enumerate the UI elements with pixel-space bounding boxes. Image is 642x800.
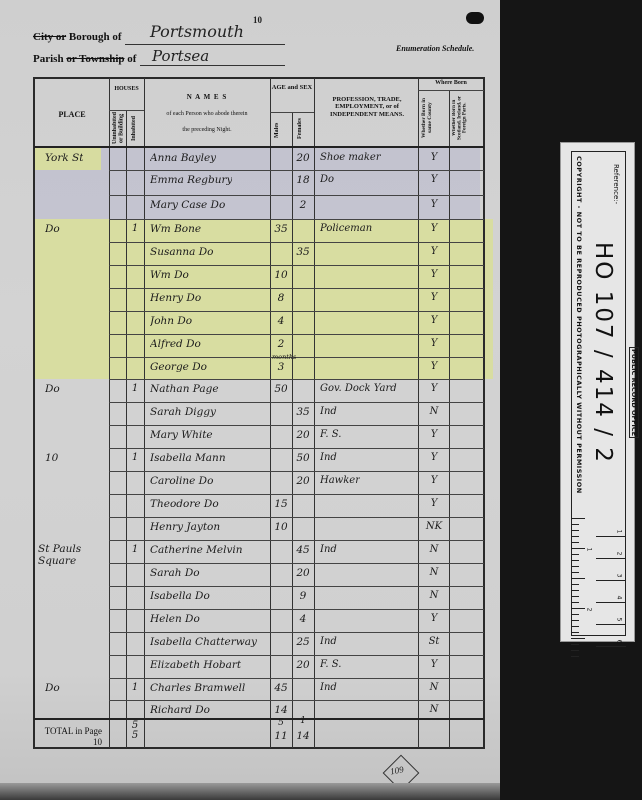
ruler-tick <box>571 524 579 525</box>
profession-cell: Ind <box>320 636 337 647</box>
ruler-cm-line <box>596 536 626 537</box>
place-cell: York St <box>45 152 83 164</box>
profession-cell: Hawker <box>320 475 360 486</box>
ruler-tick <box>571 608 585 609</box>
col-header-names-sub2: the preceding Night. <box>144 127 270 134</box>
born-county-cell: Y <box>419 429 449 440</box>
age-unit-note: months <box>272 353 296 361</box>
female-age-cell: 35 <box>292 406 314 418</box>
col-line-place <box>109 78 110 748</box>
name-cell: Henry Jayton <box>150 521 220 533</box>
row-divider <box>109 334 484 335</box>
row-divider <box>109 678 484 679</box>
row-divider <box>109 402 484 403</box>
ruler-tick <box>571 560 579 561</box>
col-header-profession: PROFESSION, TRADE, EMPLOYMENT, or of IND… <box>318 96 416 118</box>
ruler-tick <box>571 584 579 585</box>
place-cell: Do <box>45 223 60 235</box>
parish-value: Portsea <box>152 47 209 65</box>
city-value: Portsmouth <box>150 22 244 41</box>
ruler-tick <box>571 638 585 639</box>
col-header-same-county: Whether Born in same County <box>422 92 446 144</box>
census-page: City or Borough of Portsmouth 10 Parish … <box>0 0 500 790</box>
born-county-cell: N <box>419 567 449 578</box>
row-divider <box>109 242 484 243</box>
born-county-cell: N <box>419 704 449 715</box>
name-cell: Sarah Do <box>150 567 200 579</box>
profession-cell: Policeman <box>320 223 372 234</box>
born-county-cell: St <box>419 636 449 647</box>
name-cell: Alfred Do <box>150 338 201 350</box>
name-cell: Catherine Melvin <box>150 544 243 556</box>
female-age-cell: 20 <box>292 567 314 579</box>
row-divider <box>109 379 484 380</box>
ruler-tick <box>571 590 579 591</box>
name-cell: Nathan Page <box>150 383 219 395</box>
profession-cell: Ind <box>320 544 337 555</box>
col-header-houses: HOUSES <box>109 86 144 93</box>
born-county-cell: Y <box>419 246 449 257</box>
born-county-cell: Y <box>419 223 449 234</box>
ruler-cm-line <box>596 646 626 647</box>
male-age-cell: 45 <box>270 682 292 694</box>
scan-bottom-edge <box>0 783 510 800</box>
male-age-cell: 3 <box>270 361 292 373</box>
profession-cell: Ind <box>320 406 337 417</box>
ruler-tick <box>571 632 579 633</box>
col-line-houses <box>144 78 145 748</box>
ruler-cm-label: 5 <box>615 618 622 622</box>
name-cell: Helen Do <box>150 613 200 625</box>
ruler-tick <box>571 542 579 543</box>
row-divider <box>109 448 484 449</box>
schedule-title: Enumeration Schedule. <box>396 44 474 53</box>
ruler-cm-label: 4 <box>615 596 622 600</box>
ruler-tick <box>571 530 579 531</box>
profession-cell: Do <box>320 174 334 185</box>
female-age-cell: 18 <box>292 174 314 186</box>
row-divider <box>109 655 484 656</box>
row-divider <box>109 265 484 266</box>
female-age-cell: 20 <box>292 152 314 164</box>
female-age-cell: 20 <box>292 475 314 487</box>
record-office-label: PUBLIC RECORD OFFICE <box>629 347 639 438</box>
name-cell: Wm Bone <box>150 223 201 235</box>
born-county-cell: Y <box>419 315 449 326</box>
totals-top-line <box>34 718 484 720</box>
row-divider <box>109 517 484 518</box>
born-county-cell: Y <box>419 659 449 670</box>
inhabited-cell: 1 <box>128 383 142 394</box>
ruler-tick <box>571 620 579 621</box>
reference-card: Reference:- HO 107 / 414 / 2 COPYRIGHT -… <box>560 142 635 642</box>
city-label-text: Borough of <box>69 31 122 43</box>
ruler-tick <box>571 644 579 645</box>
ruler-tick <box>571 518 585 519</box>
col-header-inhabited: Inhabited <box>131 112 141 144</box>
female-age-cell: 20 <box>292 429 314 441</box>
female-age-cell: 50 <box>292 452 314 464</box>
born-sub-line <box>418 90 484 91</box>
col-header-foreign: Whether Born in Scotland, Ireland, or Fo… <box>452 92 480 144</box>
place-cell: St Pauls Square <box>38 544 106 567</box>
born-county-cell: Y <box>419 361 449 372</box>
male-age-cell: 4 <box>270 315 292 327</box>
reference-label: Reference:- <box>612 164 620 204</box>
ruler-tick <box>571 626 579 627</box>
reference-number: HO 107 / 414 / 2 <box>590 242 616 464</box>
female-age-cell: 35 <box>292 246 314 258</box>
ruler-tick <box>571 572 579 573</box>
inhabited-cell: 1 <box>128 452 142 463</box>
row-divider <box>109 311 484 312</box>
male-age-cell: 15 <box>270 498 292 510</box>
male-age-cell: 14 <box>270 704 292 716</box>
profession-cell: Ind <box>320 682 337 693</box>
total-label: TOTAL in Page 10 <box>44 726 102 748</box>
born-county-cell: NK <box>419 521 449 532</box>
row-divider <box>109 609 484 610</box>
name-cell: John Do <box>150 315 192 327</box>
col-header-place: PLACE <box>35 110 109 119</box>
profession-cell: Ind <box>320 452 337 463</box>
row-divider <box>109 219 484 220</box>
born-county-cell: Y <box>419 475 449 486</box>
place-cell: 10 <box>45 452 58 464</box>
row-divider <box>109 494 484 495</box>
inhabited-cell: 1 <box>128 544 142 555</box>
ink-blot <box>466 12 484 24</box>
born-county-cell: Y <box>419 174 449 185</box>
col-header-names: N A M E S <box>144 93 270 101</box>
female-age-cell: 9 <box>292 590 314 602</box>
place-cell: Do <box>45 682 60 694</box>
male-age-cell: 10 <box>270 521 292 533</box>
row-divider <box>109 563 484 564</box>
name-cell: Charles Bramwell <box>150 682 245 694</box>
name-cell: Isabella Chatterway <box>150 636 257 648</box>
col-line-where-born <box>449 90 450 748</box>
born-county-cell: Y <box>419 452 449 463</box>
male-age-cell: 10 <box>270 269 292 281</box>
ruler-tick <box>571 602 579 603</box>
total-houses: 5 <box>128 730 142 741</box>
ruler-tick <box>571 656 579 657</box>
male-age-cell: 2 <box>270 338 292 350</box>
female-age-cell: 2 <box>292 199 314 211</box>
ruler-tick <box>571 548 585 549</box>
measurement-ruler: 12345612 <box>571 518 626 668</box>
female-age-cell: 4 <box>292 613 314 625</box>
parish-label: Parish or Township of <box>33 53 136 65</box>
female-age-cell: 25 <box>292 636 314 648</box>
name-cell: Emma Regbury <box>150 174 232 186</box>
ruler-tick <box>571 650 579 651</box>
profession-cell: Shoe maker <box>320 152 381 163</box>
total-males-tally: 5 <box>270 718 292 728</box>
total-males: 11 <box>270 730 292 742</box>
copyright-notice: COPYRIGHT - NOT TO BE REPRODUCED PHOTOGR… <box>575 156 583 494</box>
ruler-cm-label: 3 <box>615 574 622 578</box>
row-divider <box>109 471 484 472</box>
ruler-cm-label: 1 <box>615 530 622 534</box>
col-header-age-sex: AGE and SEX <box>270 84 314 91</box>
ruler-cm-label: 2 <box>615 552 622 556</box>
col-header-females: Females <box>297 114 311 144</box>
ruler-inch-label: 2 <box>585 608 592 612</box>
parish-label-text: Parish <box>33 53 64 65</box>
place-cell: Do <box>45 383 60 395</box>
born-county-cell: Y <box>419 152 449 163</box>
age-sub-line <box>270 112 314 113</box>
female-age-cell: 45 <box>292 544 314 556</box>
born-county-cell: N <box>419 406 449 417</box>
name-cell: Richard Do <box>150 704 210 716</box>
inhabited-cell: 1 <box>128 223 142 234</box>
ruler-tick <box>571 614 579 615</box>
ruler-tick <box>571 596 579 597</box>
male-age-cell: 8 <box>270 292 292 304</box>
name-cell: Henry Do <box>150 292 201 304</box>
parish-underline <box>140 65 285 66</box>
born-county-cell: Y <box>419 613 449 624</box>
col-line-age <box>314 78 315 748</box>
row-divider <box>109 357 484 358</box>
name-cell: Theodore Do <box>150 498 219 510</box>
ruler-tick <box>571 566 579 567</box>
row-divider <box>109 586 484 587</box>
name-cell: Isabella Do <box>150 590 210 602</box>
row-divider <box>109 540 484 541</box>
parish-label-struck: or Township <box>66 53 124 65</box>
name-cell: Wm Do <box>150 269 189 281</box>
born-county-cell: Y <box>419 199 449 210</box>
male-age-cell: 35 <box>270 223 292 235</box>
name-cell: Mary White <box>150 429 213 441</box>
inhabited-cell: 1 <box>128 682 142 693</box>
ruler-cm-line <box>596 580 626 581</box>
born-county-cell: N <box>419 682 449 693</box>
profession-cell: Gov. Dock Yard <box>320 383 397 394</box>
name-cell: Elizabeth Hobart <box>150 659 241 671</box>
col-header-where-born: Where Born <box>418 80 484 87</box>
profession-cell: F. S. <box>320 429 341 440</box>
houses-sub-line <box>109 110 144 111</box>
born-county-cell: Y <box>419 383 449 394</box>
row-divider <box>109 170 484 171</box>
city-label-struck: City or <box>33 31 66 43</box>
col-line-uninhabited <box>126 110 127 748</box>
ruler-tick <box>571 554 579 555</box>
name-cell: Isabella Mann <box>150 452 226 464</box>
born-county-cell: Y <box>419 269 449 280</box>
total-females-tally: 1 <box>292 716 314 726</box>
ruler-cm-line <box>596 624 626 625</box>
page-number: 10 <box>253 15 262 25</box>
city-label: City or Borough of <box>33 31 122 43</box>
name-cell: Sarah Diggy <box>150 406 216 418</box>
row-divider <box>109 195 484 196</box>
header-bottom-line <box>34 146 484 148</box>
row-divider <box>109 632 484 633</box>
ruler-cm-line <box>596 602 626 603</box>
name-cell: Anna Bayley <box>150 152 216 164</box>
born-county-cell: Y <box>419 338 449 349</box>
ruler-tick <box>571 578 585 579</box>
male-age-cell: 50 <box>270 383 292 395</box>
name-cell: Caroline Do <box>150 475 213 487</box>
col-line-names <box>270 78 271 748</box>
name-cell: George Do <box>150 361 207 373</box>
born-county-cell: N <box>419 544 449 555</box>
ruler-cm-line <box>596 558 626 559</box>
total-females: 14 <box>292 730 314 742</box>
profession-cell: F. S. <box>320 659 341 670</box>
name-cell: Susanna Do <box>150 246 213 258</box>
parish-label-of: of <box>127 53 136 65</box>
col-header-males: Males <box>274 116 288 144</box>
born-county-cell: N <box>419 590 449 601</box>
row-divider <box>109 425 484 426</box>
col-header-names-sub1: of each Person who abode therein <box>144 111 270 118</box>
city-underline <box>125 44 285 45</box>
col-header-uninhabited: Uninhabited or Building <box>112 112 124 144</box>
row-divider <box>109 700 484 701</box>
row-divider <box>109 288 484 289</box>
ruler-cm-label: 6 <box>615 640 622 644</box>
born-county-cell: Y <box>419 498 449 509</box>
ruler-inch-label: 1 <box>585 548 592 552</box>
ruler-tick <box>571 536 579 537</box>
female-age-cell: 20 <box>292 659 314 671</box>
born-county-cell: Y <box>419 292 449 303</box>
name-cell: Mary Case Do <box>150 199 225 211</box>
